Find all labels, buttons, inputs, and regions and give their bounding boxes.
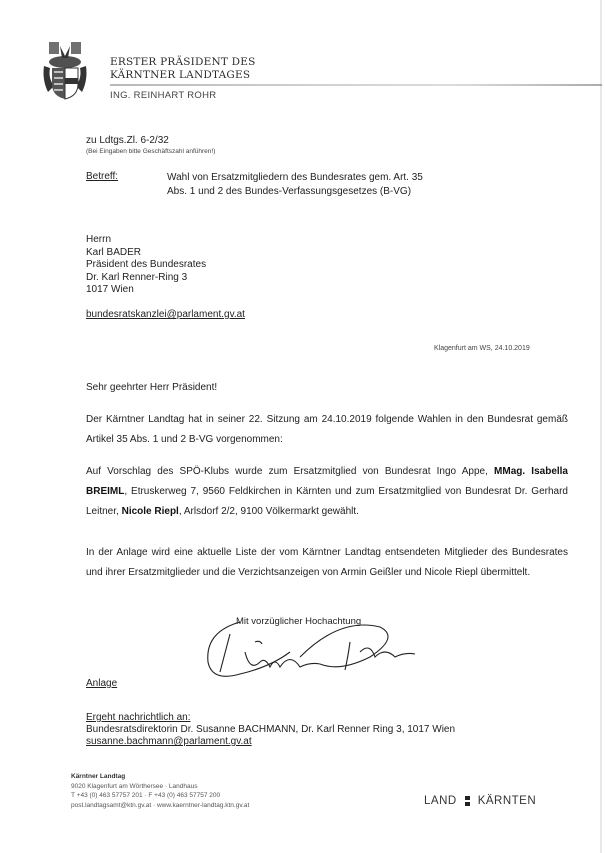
letterhead-name: ING. REINHART ROHR xyxy=(110,90,216,101)
salutation: Sehr geehrter Herr Präsident! xyxy=(86,378,568,398)
footer-address: 9020 Klagenfurt am Wörthersee · Landhaus xyxy=(71,782,249,792)
footer-org: Kärntner Landtag xyxy=(71,772,249,782)
reference-number: zu Ldtgs.Zl. 6-2/32 xyxy=(86,135,169,146)
letterhead-title-line1: ERSTER PRÄSIDENT DES xyxy=(110,56,255,69)
paragraph-1: Der Kärntner Landtag hat in seiner 22. S… xyxy=(86,410,568,450)
cc-recipient: Bundesratsdirektorin Dr. Susanne BACHMAN… xyxy=(86,724,455,735)
closing: Mit vorzüglicher Hochachtung xyxy=(236,616,361,627)
subject-label: Betreff: xyxy=(86,171,118,182)
footer-contact: Kärntner Landtag 9020 Klagenfurt am Wört… xyxy=(71,772,249,810)
coat-of-arms-icon xyxy=(40,40,90,100)
brand-left: LAND xyxy=(424,795,457,807)
attachment-label: Anlage xyxy=(86,678,117,689)
paragraph-3: In der Anlage wird eine aktuelle Liste d… xyxy=(86,543,568,583)
recipient-name: Karl BADER xyxy=(86,247,206,260)
footer-contact-links: post.landtagsamt@ktn.gv.at · www.kaerntn… xyxy=(71,801,249,811)
recipient-email-link[interactable]: bundesratskanzlei@parlament.gv.at xyxy=(86,309,245,320)
paragraph-2-text-a: Auf Vorschlag des SPÖ-Klubs wurde zum Er… xyxy=(86,466,494,477)
letter-date: Klagenfurt am WS, 24.10.2019 xyxy=(434,345,530,352)
brand-logo: LAND KÄRNTEN xyxy=(424,795,536,807)
reference-note: (Bei Eingaben bitte Geschäftszahl anführ… xyxy=(86,148,215,155)
recipient-title: Präsident des Bundesrates xyxy=(86,259,206,272)
recipient-city: 1017 Wien xyxy=(86,284,206,297)
recipient-address: Herrn Karl BADER Präsident des Bundesrat… xyxy=(86,234,206,297)
letterhead-divider xyxy=(110,84,602,86)
letterhead-title-line2: KÄRNTNER LANDTAGES xyxy=(110,69,255,82)
brand-right: KÄRNTEN xyxy=(478,795,536,807)
letterhead-title: ERSTER PRÄSIDENT DES KÄRNTNER LANDTAGES xyxy=(110,56,255,82)
brand-mark-icon xyxy=(465,796,470,806)
cc-label: Ergeht nachrichtlich an: xyxy=(86,712,191,723)
subject-line1: Wahl von Ersatzmitgliedern des Bundesrat… xyxy=(167,171,497,185)
paragraph-2-text-e: , Arlsdorf 2/2, 9100 Völkermarkt gewählt… xyxy=(179,506,359,517)
cc-email-link[interactable]: susanne.bachmann@parlament.gv.at xyxy=(86,736,252,747)
recipient-salutation: Herrn xyxy=(86,234,206,247)
page-edge xyxy=(600,0,602,853)
footer-phone: T +43 (0) 463 57757 201 · F +43 (0) 463 … xyxy=(71,791,249,801)
subject-line2: Abs. 1 und 2 des Bundes-Verfassungsgeset… xyxy=(167,185,497,199)
elected-member-riepl: Nicole Riepl xyxy=(122,506,179,517)
subject-text: Wahl von Ersatzmitgliedern des Bundesrat… xyxy=(167,171,497,199)
paragraph-2: Auf Vorschlag des SPÖ-Klubs wurde zum Er… xyxy=(86,462,568,522)
recipient-street: Dr. Karl Renner-Ring 3 xyxy=(86,272,206,285)
